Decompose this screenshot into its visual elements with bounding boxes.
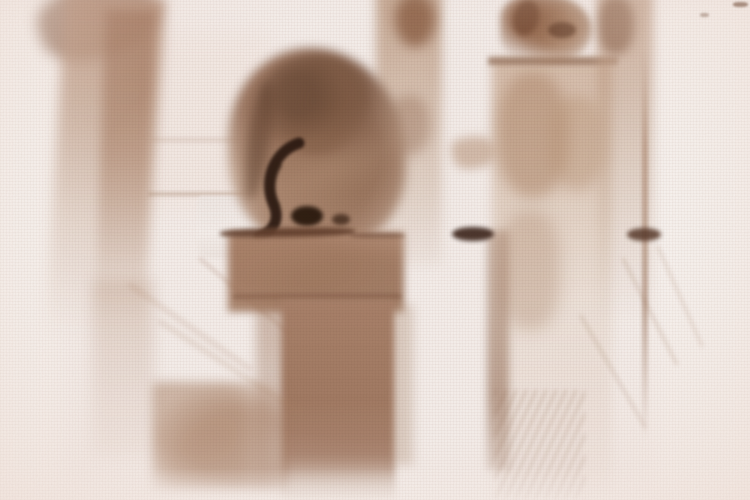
film-grain-overlay xyxy=(0,0,750,500)
photo-stage xyxy=(0,0,750,500)
